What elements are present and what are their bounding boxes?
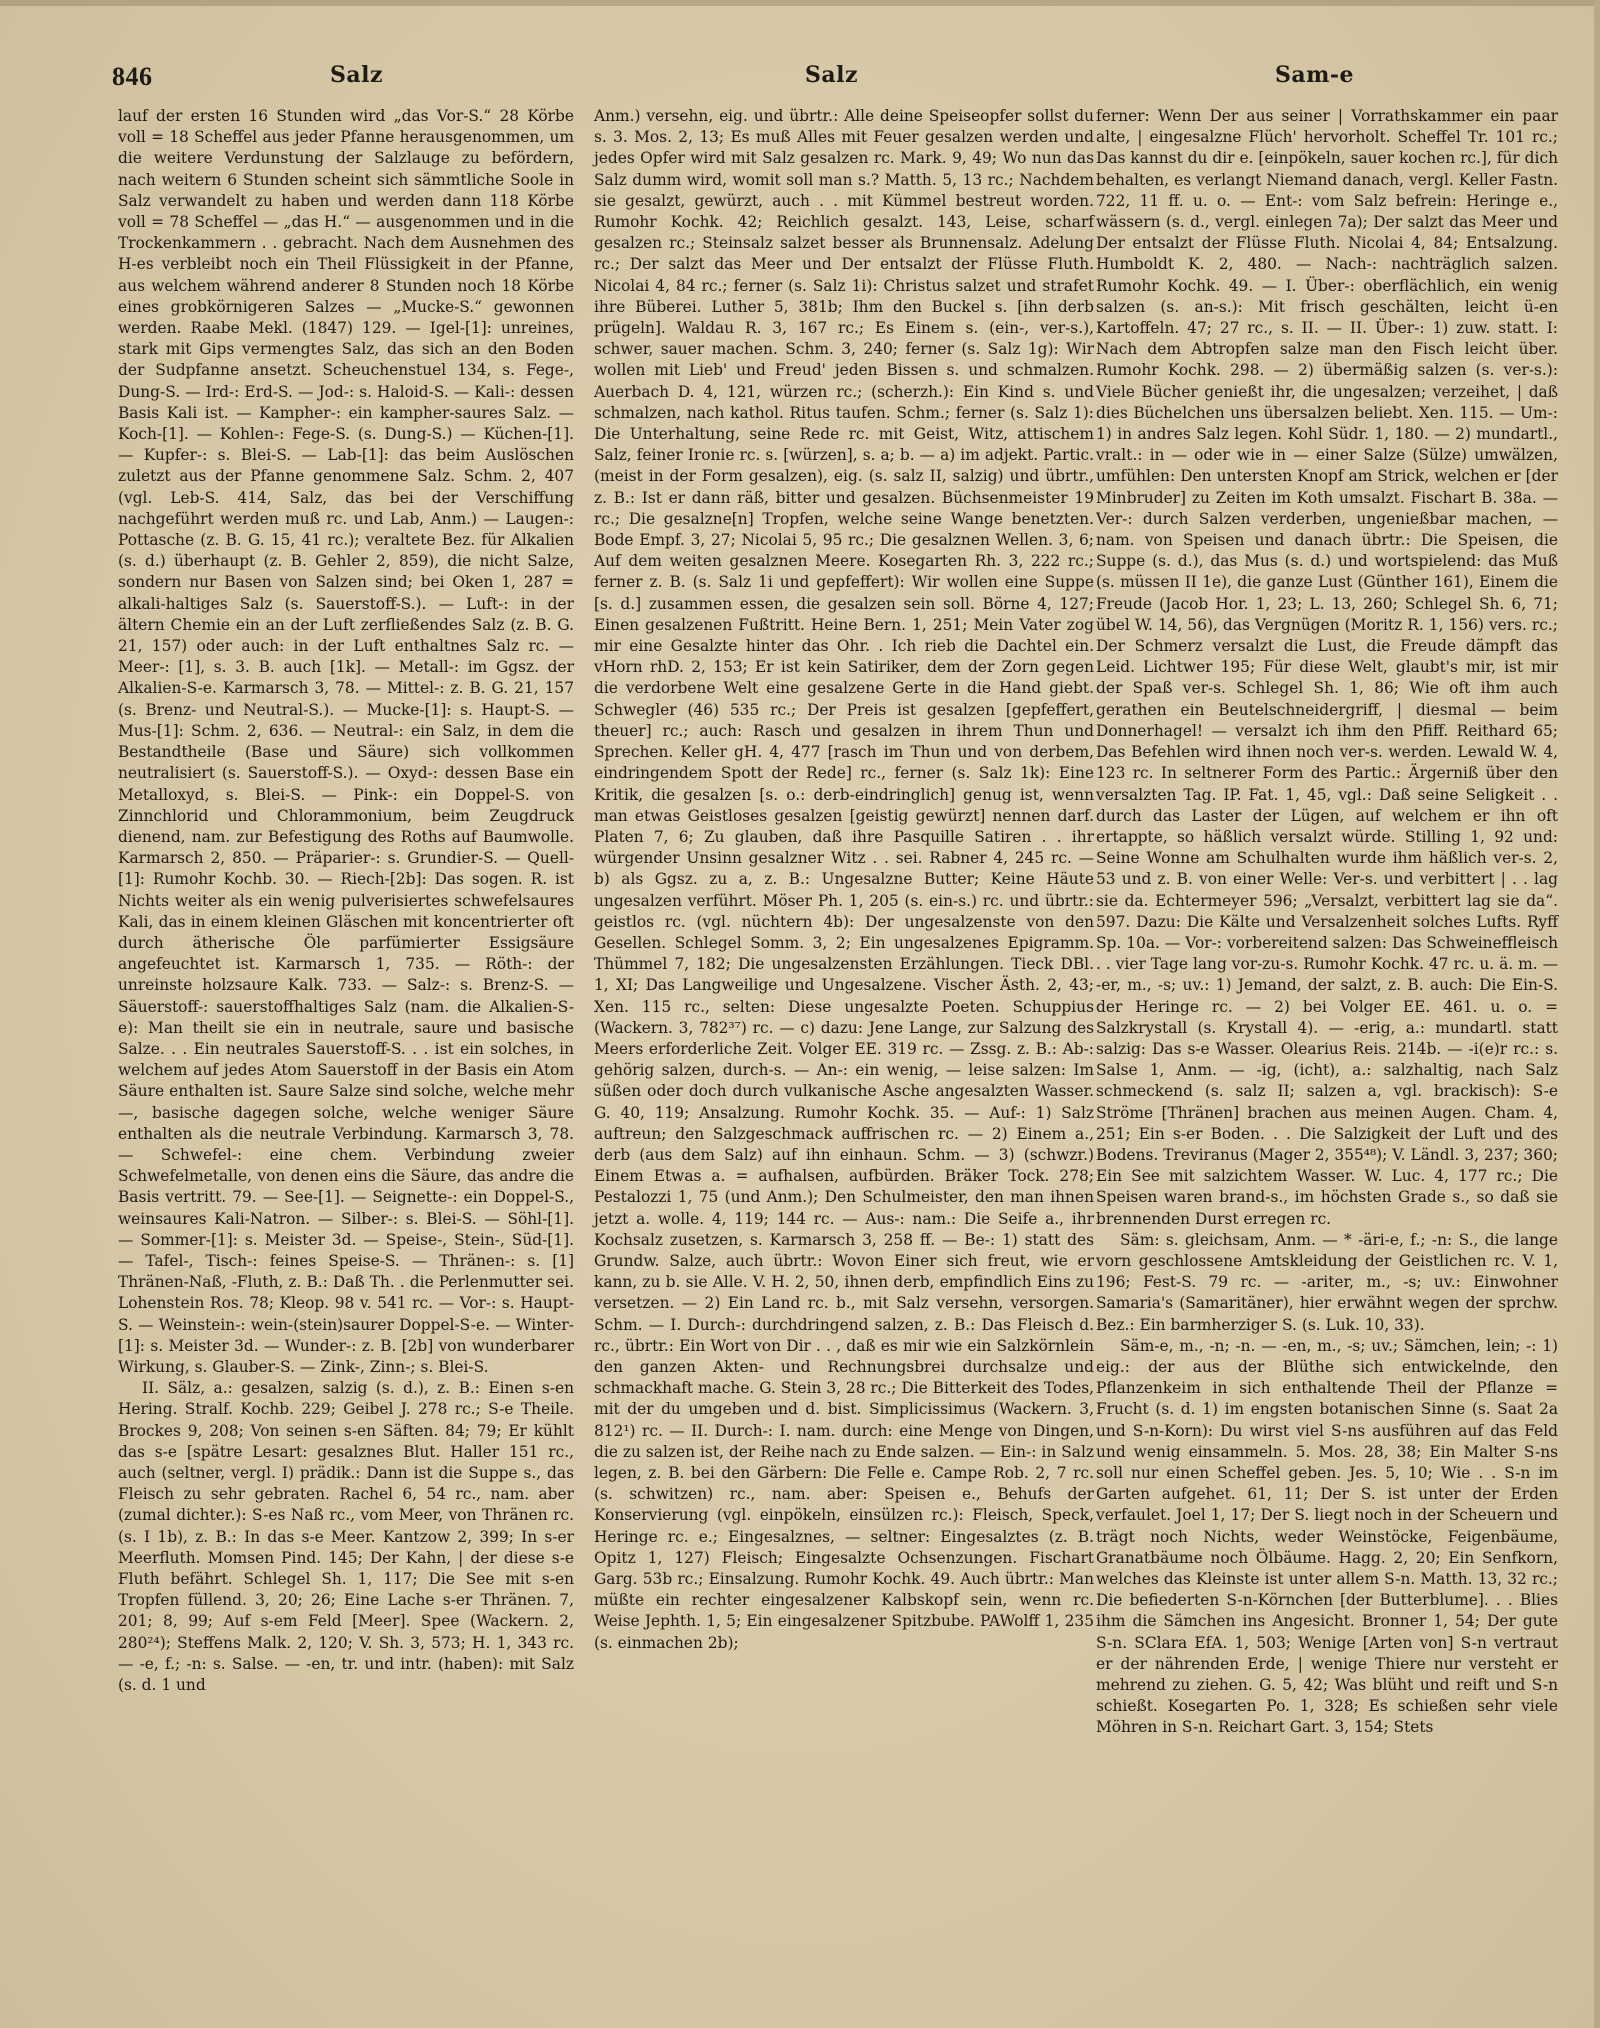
entry-paragraph-same: Säm-e, m., -n; -n. — -en, m., -s; uv.; S… [1096, 1336, 1558, 1739]
entry-paragraph: lauf der ersten 16 Stunden wird „das Vor… [118, 106, 574, 1378]
page-number: 846 [112, 62, 153, 92]
text-column-2: Anm.) versehn, eig. und übrtr.: Alle dei… [594, 106, 1094, 1654]
running-header: 846 Salz Salz Sam-e [0, 62, 1600, 102]
entry-paragraph: Anm.) versehn, eig. und übrtr.: Alle dei… [594, 106, 1094, 1654]
text-column-1: lauf der ersten 16 Stunden wird „das Vor… [118, 106, 574, 1696]
entry-paragraph: ferner: Wenn Der aus seiner | Vorrathska… [1096, 106, 1558, 1230]
page-right-edge [1594, 0, 1600, 2028]
dictionary-page: 846 Salz Salz Sam-e lauf der ersten 16 S… [0, 0, 1600, 2028]
text-column-3: ferner: Wenn Der aus seiner | Vorrathska… [1096, 106, 1558, 1739]
guide-word-left: Salz [330, 62, 383, 88]
page-top-edge [0, 0, 1600, 6]
guide-word-center: Salz [805, 62, 858, 88]
entry-paragraph-salz-adjective: II. Sälz, a.: gesalzen, salzig (s. d.), … [118, 1378, 574, 1696]
entry-paragraph-sam: Säm: s. gleichsam, Anm. — * -äri-e, f.; … [1096, 1230, 1558, 1336]
guide-word-right: Sam-e [1275, 62, 1354, 88]
